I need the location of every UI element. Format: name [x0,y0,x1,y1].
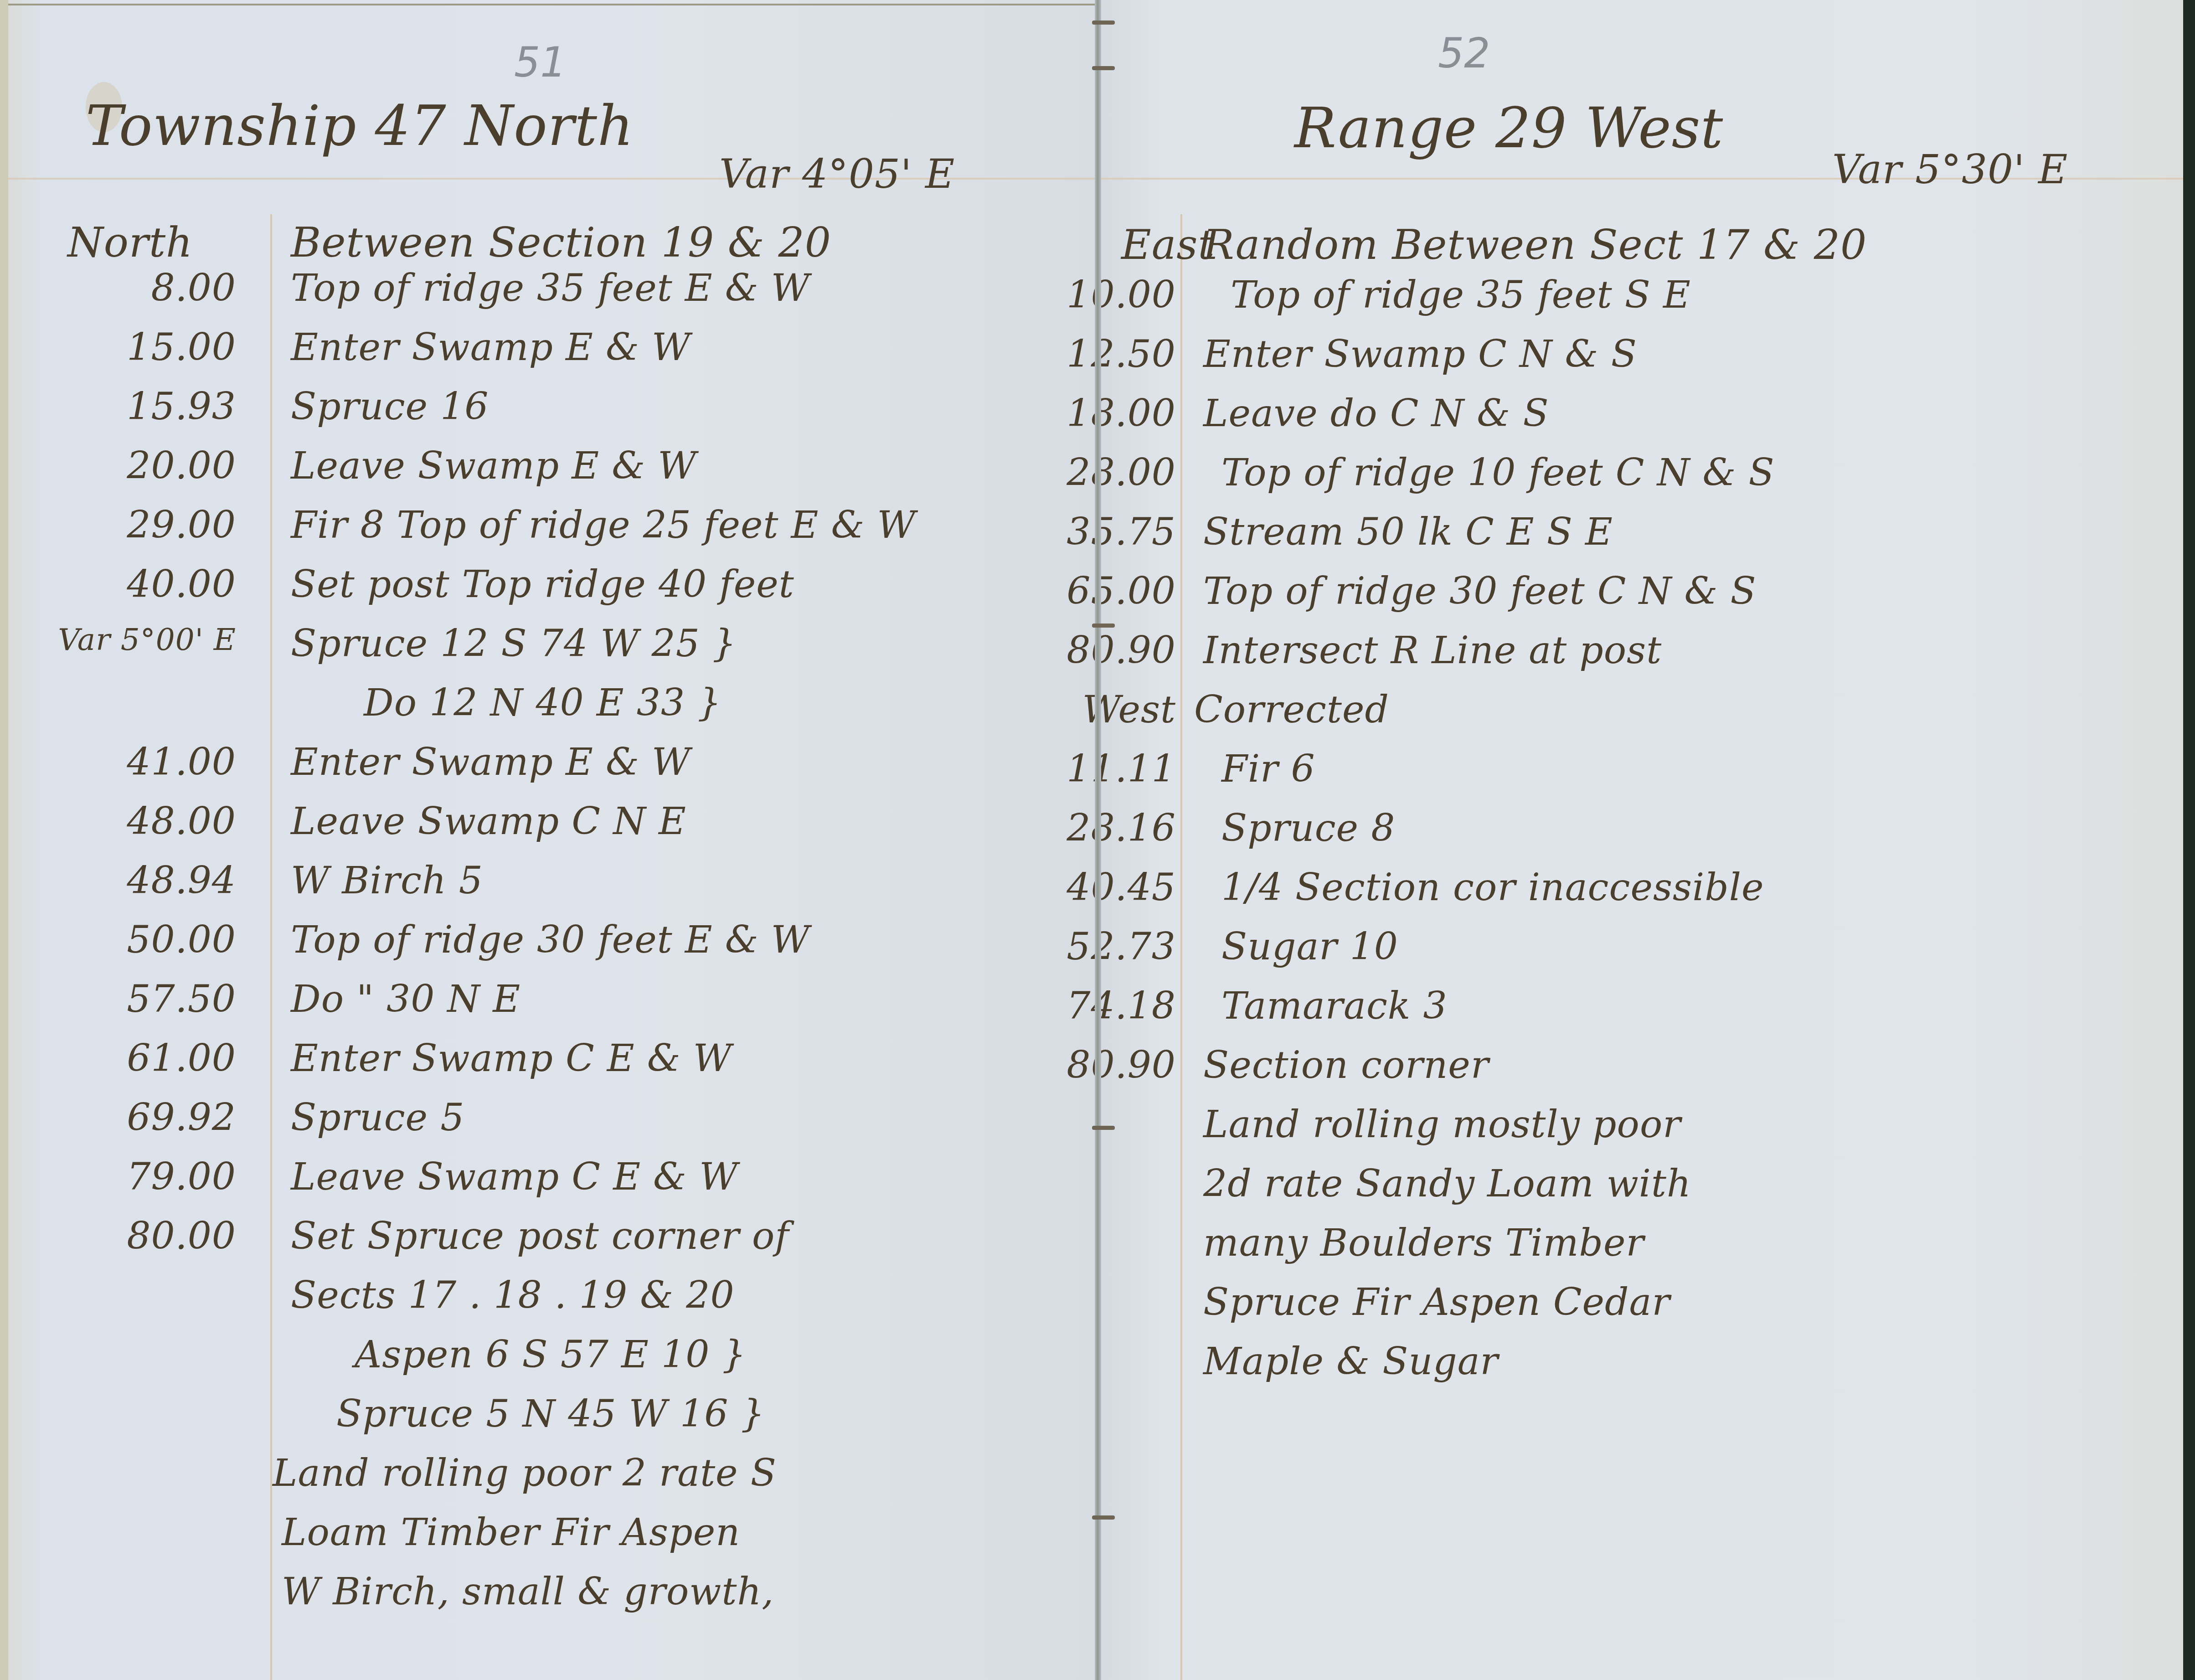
field-note: 2d rate Sandy Loam with [1203,1162,1691,1206]
field-note: Section corner [1203,1044,1489,1087]
binding-stitch [1092,66,1115,70]
chain-distance: 50.00 [45,918,236,962]
field-note: Enter Swamp C E & W [291,1037,732,1080]
field-note: Set post Top ridge 40 feet [291,563,794,606]
chain-distance: 28.00 [984,451,1176,495]
field-note: Spruce 12 S 74 W 25 } [291,622,737,665]
field-note: Stream 50 lk C E S E [1203,510,1613,554]
chain-distance: 74.18 [984,984,1176,1028]
background-edge [2183,0,2195,1680]
top-edge-rule [8,4,1107,5]
field-note: Spruce 5 [291,1096,464,1139]
page-title: Township 47 North [86,93,634,158]
direction-label: North [67,219,193,267]
chain-distance: 35.75 [984,510,1176,554]
page-title: Range 29 West [1294,96,1723,160]
field-note: Enter Swamp E & W [291,741,690,784]
chain-distance: 41.00 [45,741,236,784]
field-note: Leave Swamp C E & W [291,1155,738,1199]
field-note: Loam Timber Fir Aspen [282,1511,740,1554]
chain-distance: 12.50 [984,333,1176,376]
line-header: Random Between Sect 17 & 20 [1203,221,1867,269]
binding-stitch [1092,1126,1115,1130]
binding-stitch [1092,624,1115,628]
direction-label: East [1121,221,1215,269]
field-note: Sugar 10 [1221,925,1398,969]
chain-distance: West [984,688,1176,732]
chain-distance: 80.90 [984,1044,1176,1087]
chain-distance: 80.00 [45,1215,236,1258]
variation-note: Var 4°05' E [719,150,955,197]
field-note: Maple & Sugar [1203,1340,1499,1383]
field-note: Corrected [1194,688,1389,732]
chain-distance: 40.45 [984,866,1176,909]
line-header: Between Section 19 & 20 [291,219,831,267]
binding-stitch [1092,21,1115,25]
field-note: W Birch 5 [291,859,483,902]
chain-distance: 79.00 [45,1155,236,1199]
field-note: Sects 17 . 18 . 19 & 20 [291,1274,735,1317]
chain-distance: 52.73 [984,925,1176,969]
field-note: Top of ridge 35 feet E & W [291,267,810,310]
field-note: Top of ridge 10 feet C N & S [1221,451,1775,495]
field-note: Leave Swamp E & W [291,444,697,488]
field-note: Set Spruce post corner of [291,1215,789,1258]
margin-rule [270,214,272,1680]
field-note: Top of ridge 35 feet S E [1231,273,1691,317]
chain-distance: 15.93 [45,385,236,428]
book-gutter [1095,0,1101,1680]
chain-distance: 57.50 [45,978,236,1021]
binding-stitch [1092,1515,1115,1520]
ledger-spread: 51 Township 47 North Var 4°05' E North B… [0,0,2183,1680]
field-note: Enter Swamp C N & S [1203,333,1637,376]
chain-distance: 28.16 [984,807,1176,850]
chain-distance: 40.00 [45,563,236,606]
field-note: Leave do C N & S [1203,392,1549,435]
chain-distance: 11.11 [984,747,1176,791]
variation-note: Var 5°30' E [1832,146,2068,193]
field-note: Top of ridge 30 feet C N & S [1203,570,1757,613]
field-note: Spruce 16 [291,385,489,428]
field-note: 1/4 Section cor inaccessible [1221,866,1764,909]
page-number: 51 [514,39,567,87]
left-page: 51 Township 47 North Var 4°05' E North B… [0,0,1098,1680]
field-note: Land rolling mostly poor [1203,1103,1681,1146]
chain-distance: 48.94 [45,859,236,902]
field-note: Do " 30 N E [291,978,520,1021]
chain-distance: 15.00 [45,326,236,369]
field-note: Spruce Fir Aspen Cedar [1203,1281,1670,1324]
field-note: Leave Swamp C N E [291,800,686,843]
field-note: Fir 8 Top of ridge 25 feet E & W [291,504,916,547]
right-page: 52 Range 29 West Var 5°30' E East Random… [1098,0,2183,1680]
field-note: Fir 6 [1221,747,1315,791]
field-note: Intersect R Line at post [1203,629,1662,672]
field-note: Top of ridge 30 feet E & W [291,918,810,962]
field-note: Land rolling poor 2 rate S [273,1452,777,1495]
field-note: Aspen 6 S 57 E 10 } [355,1333,747,1376]
field-note: W Birch, small & growth, [282,1570,774,1613]
chain-distance: 8.00 [45,267,236,310]
field-note: many Boulders Timber [1203,1221,1644,1265]
chain-distance: 10.00 [984,273,1176,317]
page-number: 52 [1438,30,1490,77]
field-note: Enter Swamp E & W [291,326,690,369]
field-note: Tamarack 3 [1221,984,1448,1028]
field-note: Spruce 5 N 45 W 16 } [336,1392,765,1436]
field-note: Spruce 8 [1221,807,1395,850]
chain-distance: Var 5°00' E [45,622,236,657]
chain-distance: 80.90 [984,629,1176,672]
chain-distance: 20.00 [45,444,236,488]
chain-distance: 69.92 [45,1096,236,1139]
chain-distance: 18.00 [984,392,1176,435]
chain-distance: 29.00 [45,504,236,547]
margin-rule [1180,214,1182,1680]
chain-distance: 65.00 [984,570,1176,613]
field-note: Do 12 N 40 E 33 } [364,681,721,725]
chain-distance: 61.00 [45,1037,236,1080]
chain-distance: 48.00 [45,800,236,843]
